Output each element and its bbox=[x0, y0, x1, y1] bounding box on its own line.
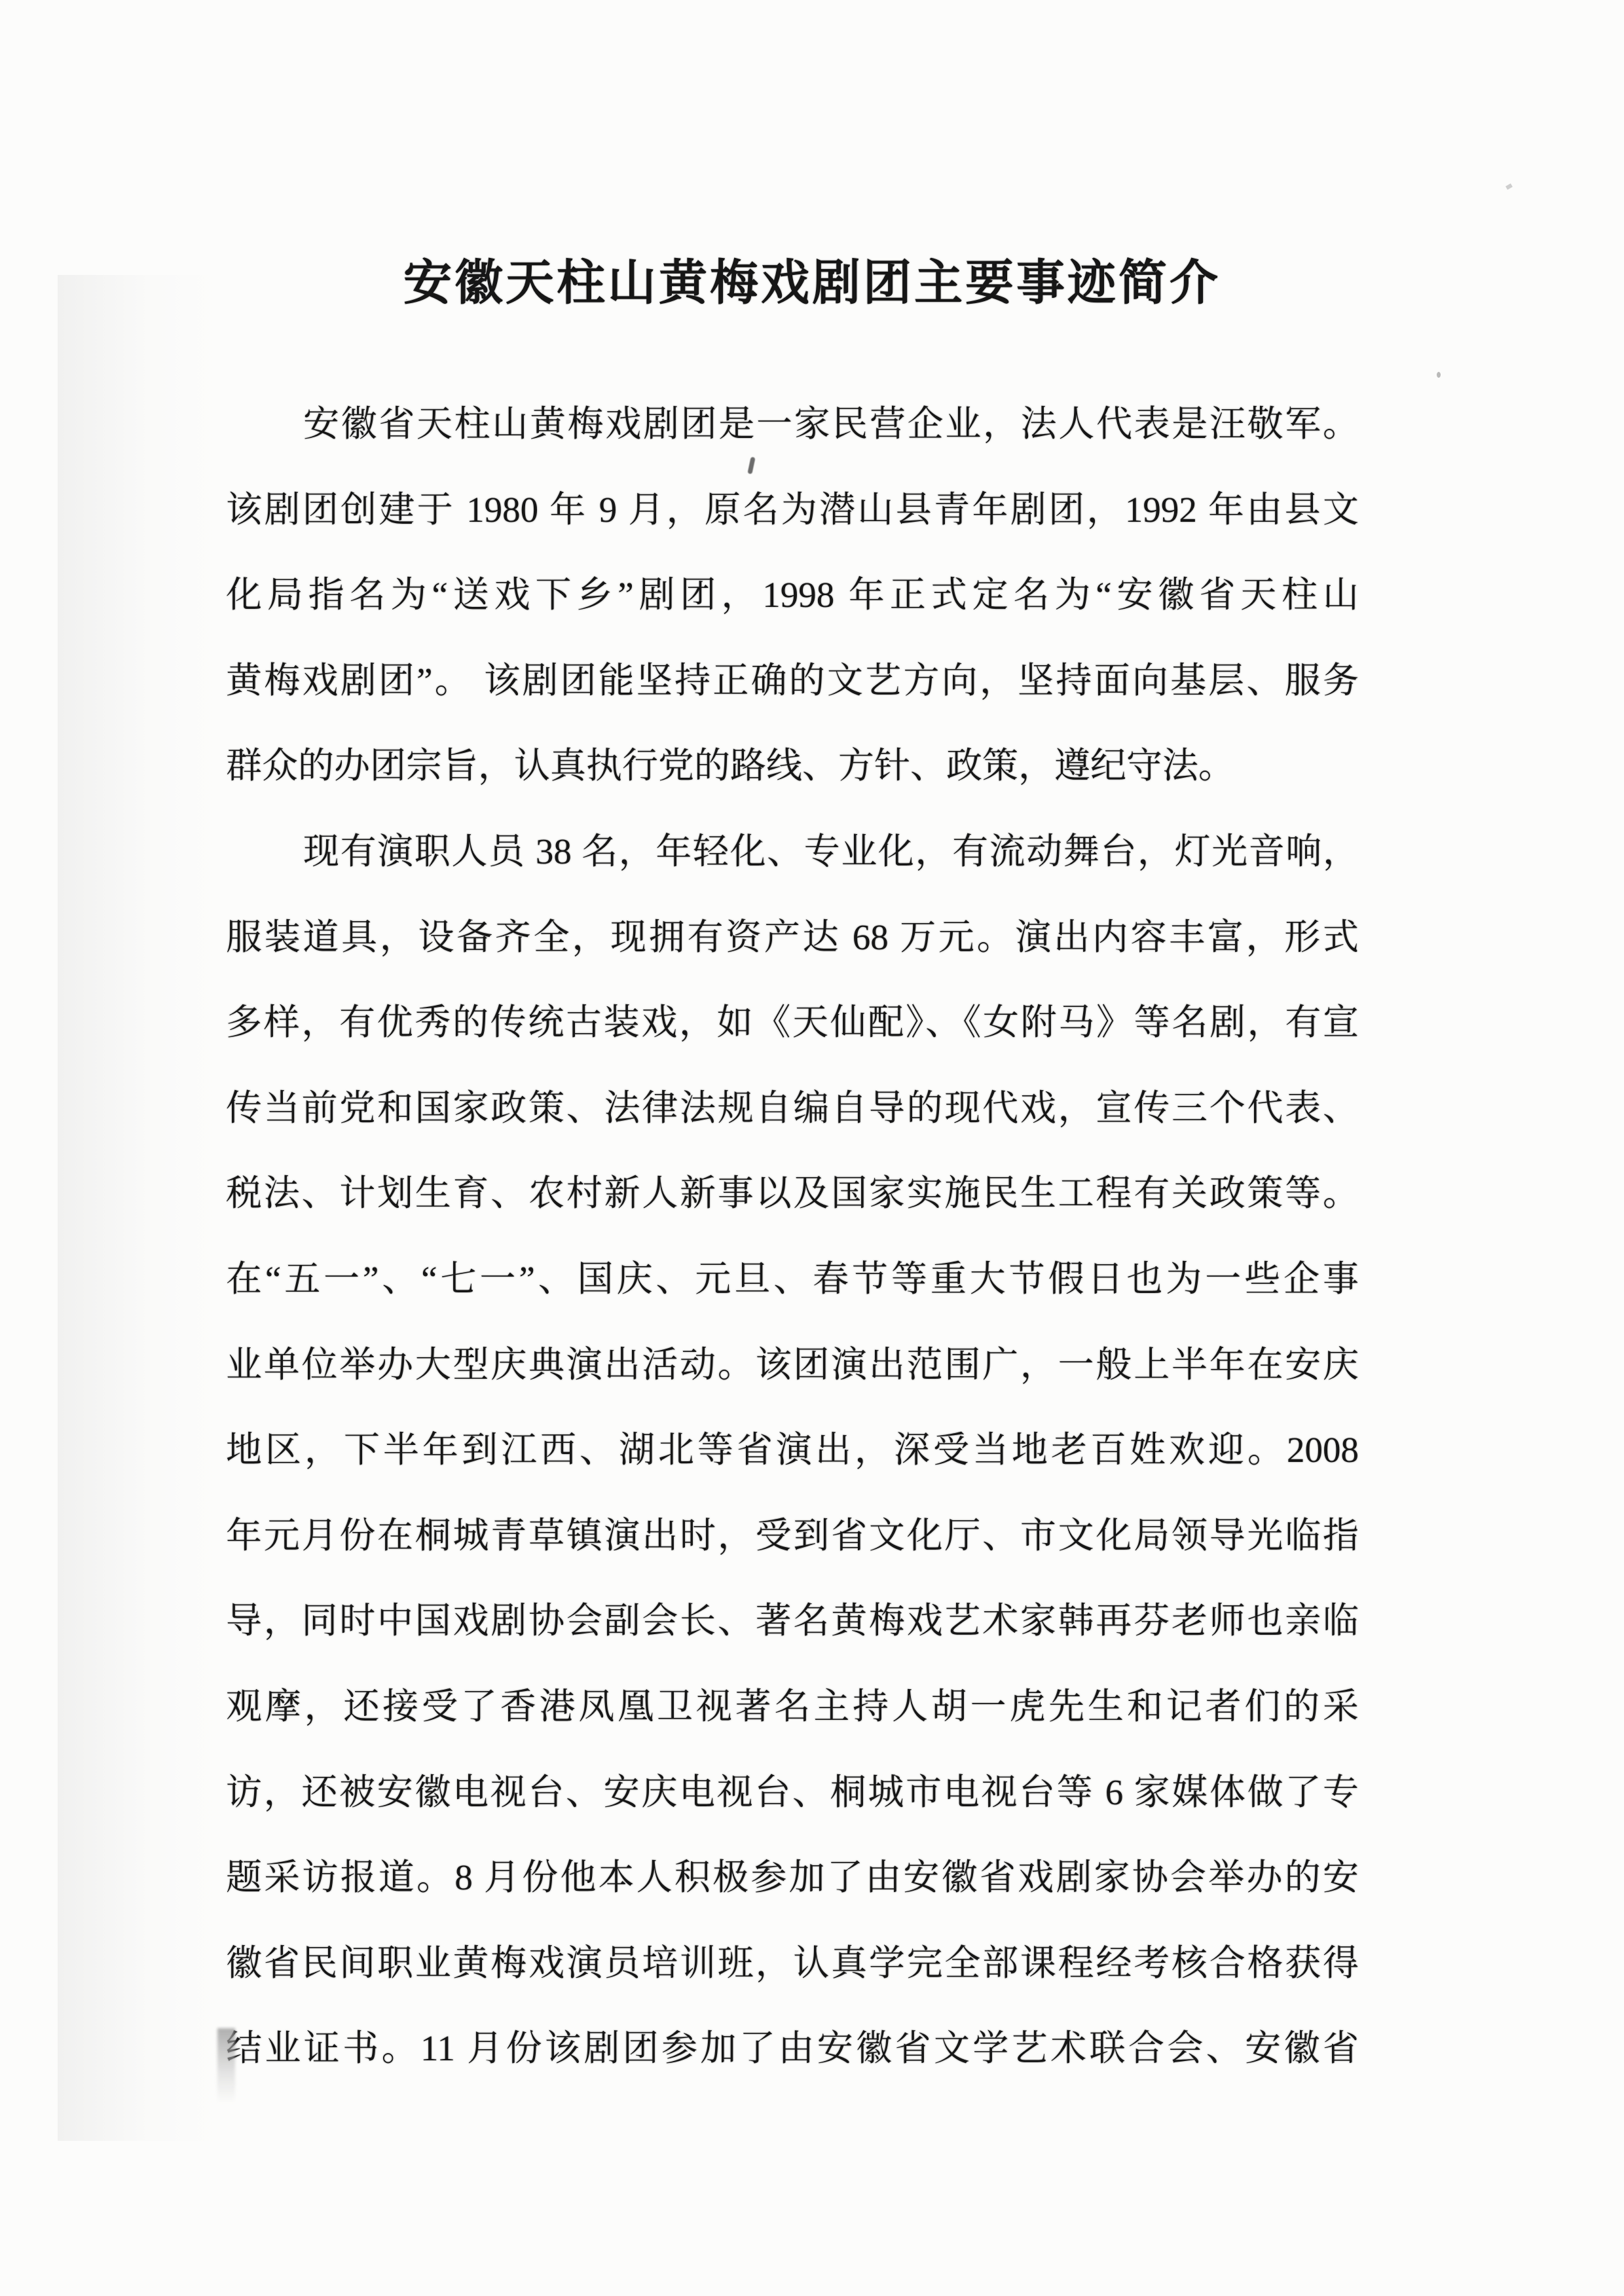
document-title: 安徽天柱山黄梅戏剧团主要事迹简介 bbox=[0, 244, 1624, 323]
scan-edge-shadow bbox=[58, 275, 221, 2141]
body-line: 地区，下半年到江西、湖北等省演出，深受当地老百姓欢迎。2008 bbox=[226, 1408, 1359, 1493]
body-line: 访，还被安徽电视台、安庆电视台、桐城市电视台等 6 家媒体做了专 bbox=[226, 1750, 1359, 1836]
body-line: 现有演职人员 38 名，年轻化、专业化，有流动舞台，灯光音响， bbox=[226, 809, 1359, 895]
body-line: 化局指名为“送戏下乡”剧团，1998 年正式定名为“安徽省天柱山 bbox=[226, 553, 1359, 638]
body-line: 观摩，还接受了香港凤凰卫视著名主持人胡一虎先生和记者们的采 bbox=[226, 1664, 1359, 1750]
scan-speck-artifact bbox=[1437, 372, 1441, 378]
body-line: 群众的办团宗旨，认真执行党的路线、方针、政策，遵纪守法。 bbox=[226, 723, 1359, 809]
scanned-page: 安徽天柱山黄梅戏剧团主要事迹简介 安徽省天柱山黄梅戏剧团是一家民营企业，法人代表… bbox=[0, 0, 1624, 2296]
document-body: 安徽省天柱山黄梅戏剧团是一家民营企业，法人代表是汪敬军。 该剧团创建于 1980… bbox=[226, 382, 1359, 2092]
body-line: 业单位举办大型庆典演出活动。该团演出范围广，一般上半年在安庆 bbox=[226, 1322, 1359, 1408]
body-line: 在“五一”、“七一”、国庆、元旦、春节等重大节假日也为一些企事 bbox=[226, 1237, 1359, 1322]
body-line: 安徽省天柱山黄梅戏剧团是一家民营企业，法人代表是汪敬军。 bbox=[226, 382, 1359, 467]
body-line: 税法、计划生育、农村新人新事以及国家实施民生工程有关政策等。 bbox=[226, 1151, 1359, 1237]
body-line: 导，同时中国戏剧协会副会长、著名黄梅戏艺术家韩再芬老师也亲临 bbox=[226, 1578, 1359, 1664]
body-line: 徽省民间职业黄梅戏演员培训班，认真学完全部课程经考核合格获得 bbox=[226, 1921, 1359, 2007]
body-line: 结业证书。11 月份该剧团参加了由安徽省文学艺术联合会、安徽省 bbox=[226, 2006, 1359, 2092]
body-line: 多样，有优秀的传统古装戏，如《天仙配》、《女附马》等名剧，有宣 bbox=[226, 980, 1359, 1066]
body-line: 题采访报道。8 月份他本人积极参加了由安徽省戏剧家协会举办的安 bbox=[226, 1835, 1359, 1921]
body-line: 黄梅戏剧团”。 该剧团能坚持正确的文艺方向，坚持面向基层、服务 bbox=[226, 638, 1359, 724]
body-line: 服装道具，设备齐全，现拥有资产达 68 万元。演出内容丰富，形式 bbox=[226, 895, 1359, 981]
body-line: 该剧团创建于 1980 年 9 月，原名为潜山县青年剧团，1992 年由县文 bbox=[226, 467, 1359, 553]
body-line: 年元月份在桐城青草镇演出时，受到省文化厅、市文化局领导光临指 bbox=[226, 1493, 1359, 1579]
scan-speck-artifact bbox=[1505, 183, 1513, 190]
body-line: 传当前党和国家政策、法律法规自编自导的现代戏，宣传三个代表、 bbox=[226, 1066, 1359, 1152]
